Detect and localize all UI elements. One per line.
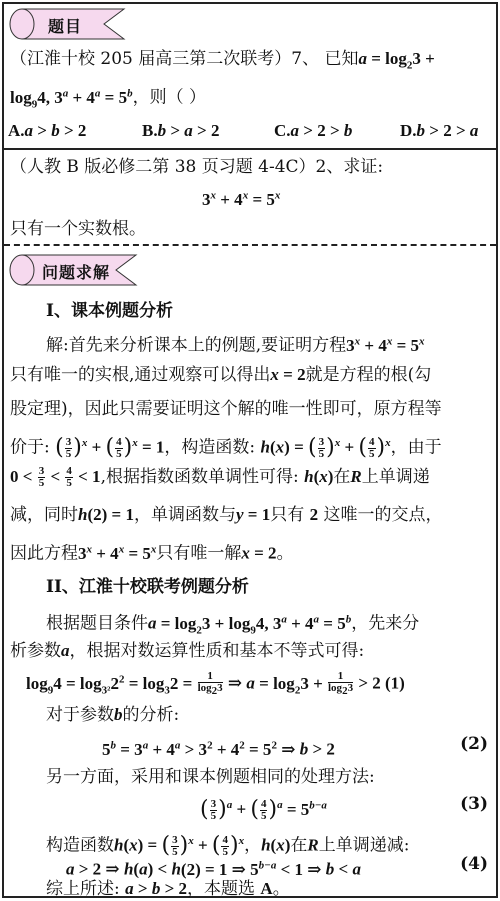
part1-line-6: 减，同时h(2) = 1，单调函数与y = 1只有 2 这唯一的交点， xyxy=(10,504,443,526)
problem-badge: 题目 xyxy=(8,8,128,40)
part2-line-4: 另一方面，采用和课本例题相同的处理方法: xyxy=(46,766,375,788)
part2-eq-4: a > 2 ⇒ h(a) < h(2) = 1 ⇒ 5b−a < 1 ⇒ b <… xyxy=(66,854,361,881)
document-frame: 题目 （江淮十校 205 届高三第二次联考）7、 已知a = log23 + l… xyxy=(2,2,498,898)
part2-line-3: 对于参数b的分析: xyxy=(46,704,179,726)
part1-line-2: 只有唯一的实根,通过观察可以得出x = 2就是方程的根(勾 xyxy=(10,364,431,386)
part2-eq-2: 5b = 3a + 4a > 32 + 42 = 52 ⇒ b > 2 xyxy=(102,734,335,761)
part1-title: I、课本例题分析 xyxy=(46,296,173,321)
dashed-divider xyxy=(4,244,496,246)
part2-title: II、江淮十校联考例题分析 xyxy=(46,572,249,597)
solution-badge: 问题求解 xyxy=(8,254,138,286)
part2-eq-3: (35)a + (45)a = 5b−a xyxy=(200,794,327,822)
part1-line-5: 0 < 35 < 45 < 1,根据指数函数单调性可得: h(x)在R上单调递 xyxy=(10,466,430,489)
part1-line-3: 股定理)，因此只需要证明这个解的唯一性即可，原方程等 xyxy=(10,398,442,420)
part1-line-4: 价于: (35)x + (45)x = 1，构造函数: h(x) = (35)x… xyxy=(10,432,442,460)
part2-eq-1: log94 = log3²22 = log32 = 1log23 ⇒ a = l… xyxy=(26,668,405,701)
part1-line-1: 解:首先来分析课本上的例题,要证明方程3x + 4x = 5x xyxy=(46,330,425,357)
option-d[interactable]: D.b > 2 > a xyxy=(400,120,478,142)
textbook-equation: 3x + 4x = 5x xyxy=(202,184,280,211)
part2-line-6: 综上所述: a > b > 2，本题选 A。 xyxy=(46,878,290,900)
equation-number-4: (4) xyxy=(460,854,488,874)
badge-label: 题目 xyxy=(48,14,82,37)
badge-label: 问题求解 xyxy=(42,260,110,283)
option-c[interactable]: C.a > 2 > b xyxy=(274,120,352,142)
option-b[interactable]: B.b > a > 2 xyxy=(142,120,219,142)
textbook-conclusion: 只有一个实数根。 xyxy=(10,218,146,240)
equation-number-3: (3) xyxy=(460,794,488,814)
problem-line-2: log94, 3a + 4a = 5b，则（ ） xyxy=(10,82,206,115)
problem-line-1: （江淮十校 205 届高三第二次联考）7、 已知a = log23 + xyxy=(10,48,435,76)
divider xyxy=(4,148,496,150)
problem-source: （江淮十校 205 届高三第二次联考）7、 已知 xyxy=(10,49,358,69)
textbook-source: （人教 B 版必修二第 38 页习题 4-4C）2、求证: xyxy=(10,156,383,178)
part1-line-7: 因此方程3x + 4x = 5x只有唯一解x = 2。 xyxy=(10,538,294,565)
part2-line-2: 析参数a，根据对数运算性质和基本不等式可得: xyxy=(10,640,364,662)
part2-line-1: 根据题目条件a = log23 + log94, 3a + 4a = 5b，先来… xyxy=(46,608,419,641)
option-a[interactable]: A.a > b > 2 xyxy=(8,120,86,142)
equation-number-2: (2) xyxy=(460,734,488,754)
